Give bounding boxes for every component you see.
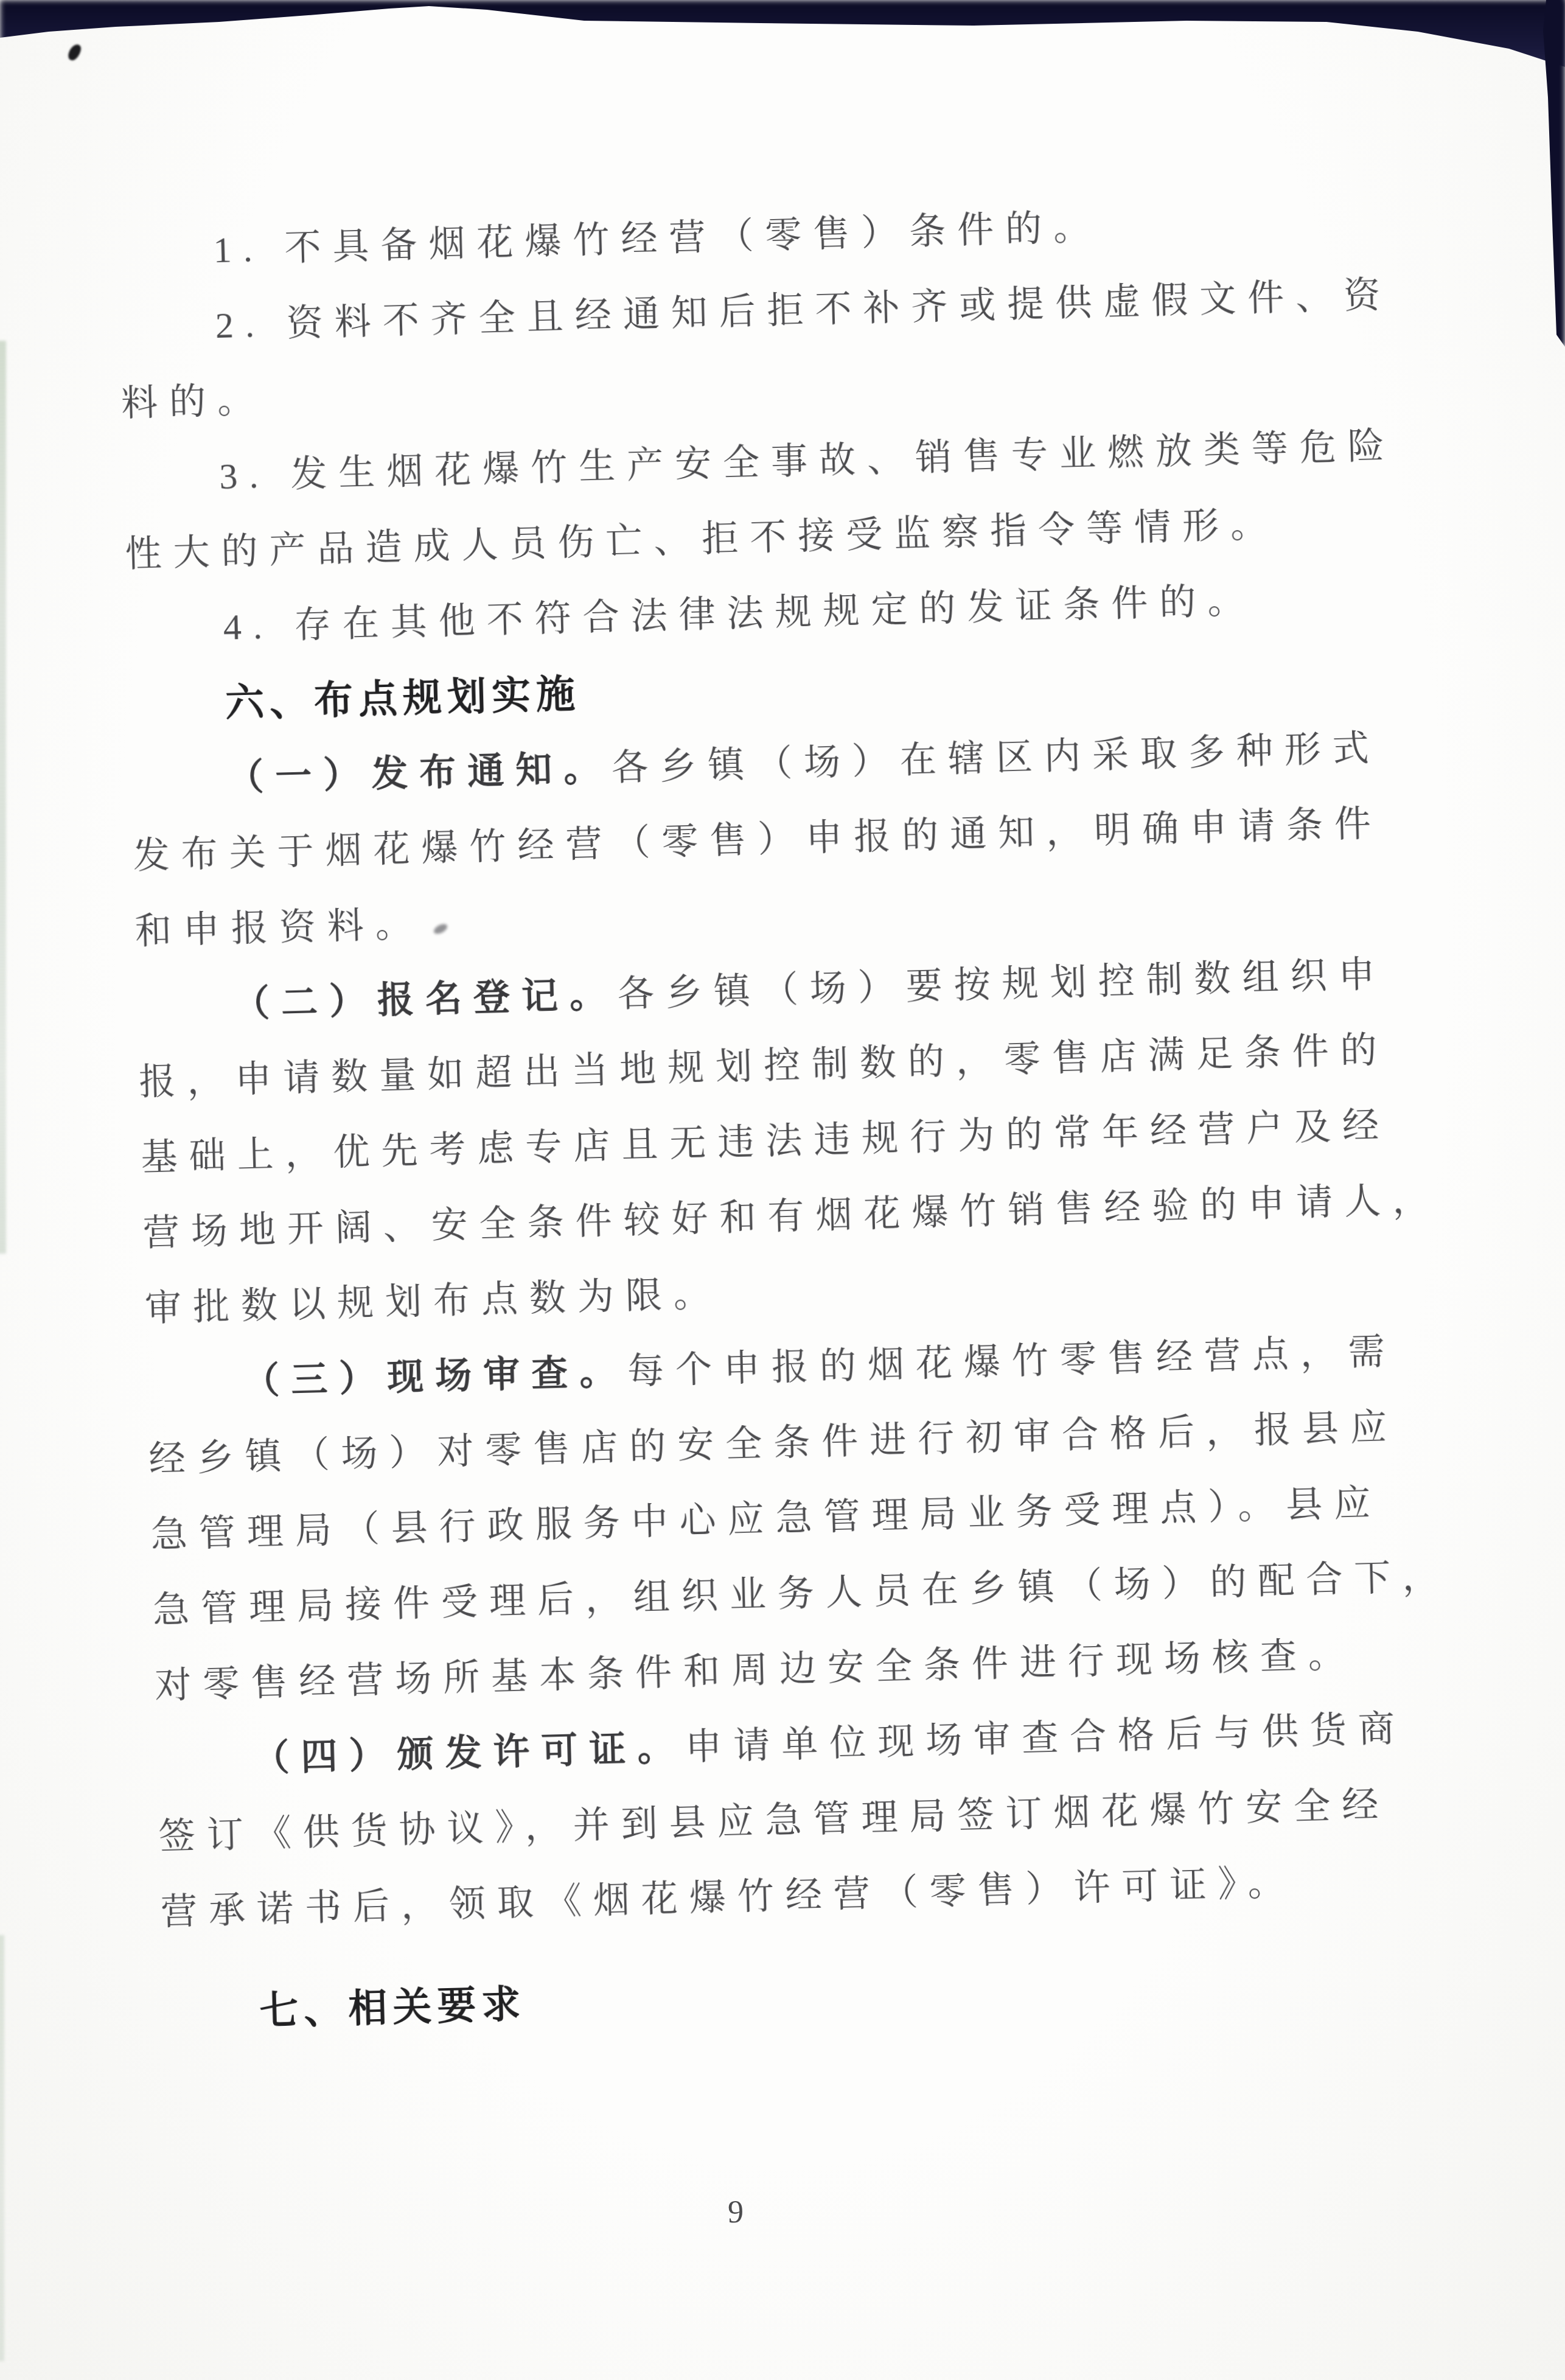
paragraph-lead: （一）发布通知。 — [227, 748, 613, 798]
paragraph-lead: （四）颁发许可证。 — [253, 1728, 686, 1779]
scan-edge-left — [0, 341, 6, 1254]
paragraph-lead: （三）现场审查。 — [242, 1352, 628, 1402]
page-number: 9 — [728, 2194, 744, 2230]
scan-edge-left-lower — [0, 1935, 4, 2361]
document-text: 1. 不具备烟花爆竹经营（零售）条件的。2. 资料不齐全且经通知后拒不补齐或提供… — [116, 181, 1460, 2051]
paragraph-lead: （二）报名登记。 — [232, 974, 618, 1025]
scanned-document-page: 1. 不具备烟花爆竹经营（零售）条件的。2. 资料不齐全且经通知后拒不补齐或提供… — [0, 0, 1565, 2380]
